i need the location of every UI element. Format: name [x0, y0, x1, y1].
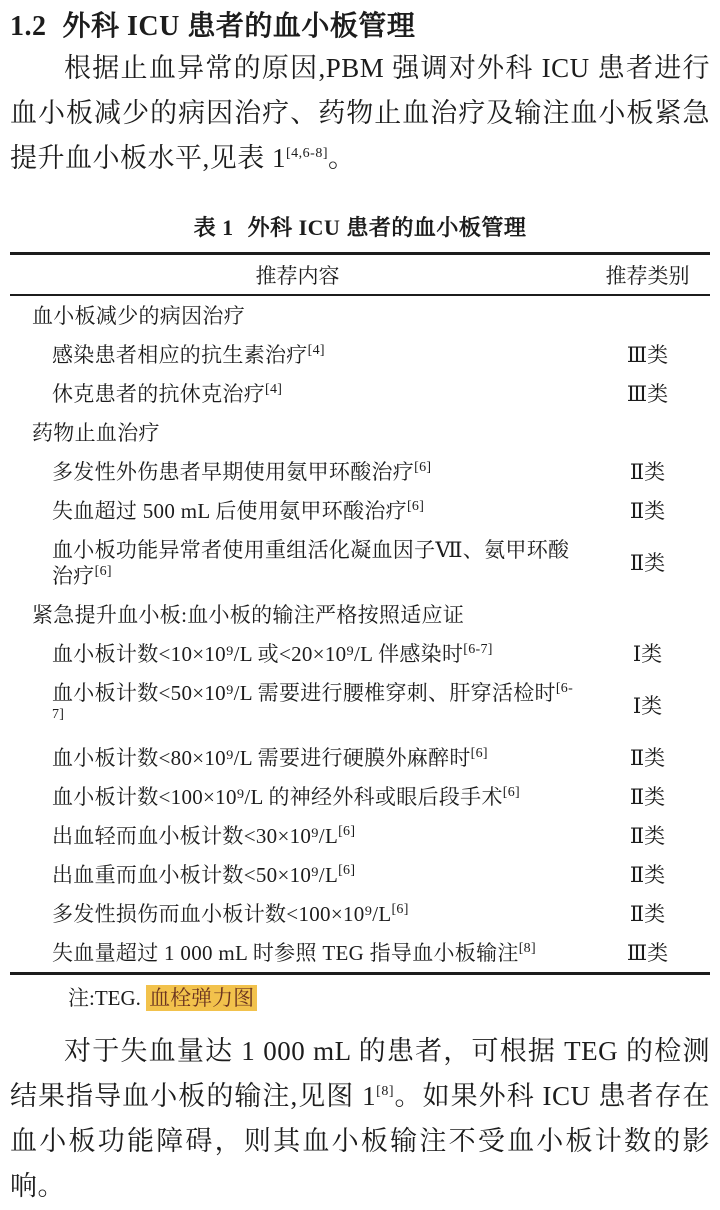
- highlight-annotation: 血栓弹力图: [146, 985, 257, 1011]
- row-text: 血小板计数<50×10⁹/L 需要进行腰椎穿刺、肝穿活检时[6-7]: [10, 680, 585, 732]
- row-category: Ⅲ类: [585, 342, 710, 368]
- table-section-row: 血小板减少的病因治疗: [10, 296, 710, 335]
- row-text: 失血量超过 1 000 mL 时参照 TEG 指导血小板输注[8]: [10, 940, 585, 966]
- row-text: 出血重而血小板计数<50×10⁹/L[6]: [10, 862, 585, 888]
- row-text: 血小板计数<100×10⁹/L 的神经外科或眼后段手术[6]: [10, 784, 585, 810]
- row-category: Ⅲ类: [585, 381, 710, 407]
- table-section-row: 药物止血治疗: [10, 413, 710, 452]
- citation-marker: [6]: [338, 863, 355, 878]
- table-row: 血小板功能异常者使用重组活化凝血因子Ⅶ、氨甲环酸治疗[6] Ⅱ类: [10, 530, 710, 595]
- row-category: Ⅰ类: [585, 641, 710, 667]
- row-text: 多发性外伤患者早期使用氨甲环酸治疗[6]: [10, 459, 585, 485]
- row-text: 感染患者相应的抗生素治疗[4]: [10, 342, 585, 368]
- row-category: Ⅱ类: [585, 823, 710, 849]
- document-page: 1.2外科 ICU 患者的血小板管理 根据止血异常的原因,PBM 强调对外科 I…: [0, 0, 720, 1209]
- citation-marker: [6]: [391, 902, 408, 917]
- table-row: 血小板计数<50×10⁹/L 需要进行腰椎穿刺、肝穿活检时[6-7] Ⅰ类: [10, 673, 710, 738]
- row-category: [585, 420, 710, 446]
- row-text: 失血超过 500 mL 后使用氨甲环酸治疗[6]: [10, 498, 585, 524]
- table-note: 注:TEG. 血栓弹力图: [10, 983, 710, 1013]
- section-title: 外科 ICU 患者的血小板管理: [63, 11, 416, 42]
- citation-marker: [6]: [407, 499, 424, 514]
- citation-marker: [6]: [414, 460, 431, 475]
- row-text: 休克患者的抗休克治疗[4]: [10, 381, 585, 407]
- row-text: 血小板计数<80×10⁹/L 需要进行硬膜外麻醉时[6]: [10, 745, 585, 771]
- row-category: Ⅱ类: [585, 862, 710, 888]
- citation-marker: [4]: [308, 343, 325, 358]
- column-header-content: 推荐内容: [10, 260, 585, 290]
- discussion-paragraph: 对于失血量达 1 000 mL 的患者，可根据 TEG 的检测结果指导血小板的输…: [10, 1029, 710, 1209]
- table-caption: 表 1外科 ICU 患者的血小板管理: [10, 211, 710, 242]
- row-category: Ⅱ类: [585, 537, 710, 589]
- row-category: [585, 602, 710, 628]
- table-section-row: 紧急提升血小板:血小板的输注严格按照适应证: [10, 595, 710, 634]
- table-row: 血小板计数<100×10⁹/L 的神经外科或眼后段手术[6] Ⅱ类: [10, 777, 710, 816]
- row-category: Ⅱ类: [585, 459, 710, 485]
- row-text: 血小板计数<10×10⁹/L 或<20×10⁹/L 伴感染时[6-7]: [10, 641, 585, 667]
- citation-marker: [4,6-8]: [286, 146, 328, 161]
- citation-marker: [8]: [519, 941, 536, 956]
- citation-marker: [6-7]: [463, 642, 493, 657]
- recommendations-table: 推荐内容 推荐类别 血小板减少的病因治疗 感染患者相应的抗生素治疗[4] Ⅲ类 …: [10, 252, 710, 975]
- citation-marker: [4]: [265, 382, 282, 397]
- row-text: 药物止血治疗: [10, 420, 585, 446]
- table-row: 血小板计数<10×10⁹/L 或<20×10⁹/L 伴感染时[6-7] Ⅰ类: [10, 634, 710, 673]
- table-row: 多发性损伤而血小板计数<100×10⁹/L[6] Ⅱ类: [10, 894, 710, 933]
- row-text: 紧急提升血小板:血小板的输注严格按照适应证: [10, 602, 585, 628]
- row-category: Ⅰ类: [585, 680, 710, 732]
- row-text: 多发性损伤而血小板计数<100×10⁹/L[6]: [10, 901, 585, 927]
- table-row: 多发性外伤患者早期使用氨甲环酸治疗[6] Ⅱ类: [10, 452, 710, 491]
- section-heading: 1.2外科 ICU 患者的血小板管理: [10, 8, 710, 46]
- table-row: 休克患者的抗休克治疗[4] Ⅲ类: [10, 374, 710, 413]
- table-row: 感染患者相应的抗生素治疗[4] Ⅲ类: [10, 335, 710, 374]
- row-category: Ⅱ类: [585, 901, 710, 927]
- row-category: Ⅲ类: [585, 940, 710, 966]
- table-caption-label: 表 1: [194, 215, 234, 240]
- table-row: 失血超过 500 mL 后使用氨甲环酸治疗[6] Ⅱ类: [10, 491, 710, 530]
- table-row: 血小板计数<80×10⁹/L 需要进行硬膜外麻醉时[6] Ⅱ类: [10, 738, 710, 777]
- table-row: 出血轻而血小板计数<30×10⁹/L[6] Ⅱ类: [10, 816, 710, 855]
- intro-paragraph-text: 根据止血异常的原因,PBM 强调对外科 ICU 患者进行血小板减少的病因治疗、药…: [10, 53, 710, 173]
- table-header-row: 推荐内容 推荐类别: [10, 255, 710, 296]
- table-1: 表 1外科 ICU 患者的血小板管理 推荐内容 推荐类别 血小板减少的病因治疗 …: [10, 211, 710, 1013]
- table-caption-text: 外科 ICU 患者的血小板管理: [248, 215, 527, 240]
- row-text: 出血轻而血小板计数<30×10⁹/L[6]: [10, 823, 585, 849]
- citation-marker: [6]: [95, 564, 112, 579]
- row-category: [585, 303, 710, 329]
- row-text: 血小板功能异常者使用重组活化凝血因子Ⅶ、氨甲环酸治疗[6]: [10, 537, 585, 589]
- table-note-label: 注:TEG.: [68, 986, 146, 1010]
- table-row: 失血量超过 1 000 mL 时参照 TEG 指导血小板输注[8] Ⅲ类: [10, 933, 710, 972]
- citation-marker: [6]: [503, 785, 520, 800]
- section-number: 1.2: [10, 11, 47, 42]
- column-header-category: 推荐类别: [585, 260, 710, 290]
- citation-marker: [6]: [338, 824, 355, 839]
- intro-paragraph: 根据止血异常的原因,PBM 强调对外科 ICU 患者进行血小板减少的病因治疗、药…: [10, 46, 710, 181]
- row-category: Ⅱ类: [585, 745, 710, 771]
- table-row: 出血重而血小板计数<50×10⁹/L[6] Ⅱ类: [10, 855, 710, 894]
- intro-paragraph-end: 。: [328, 143, 356, 173]
- citation-marker: [8]: [376, 1084, 394, 1099]
- row-category: Ⅱ类: [585, 784, 710, 810]
- citation-marker: [6]: [471, 746, 488, 761]
- row-category: Ⅱ类: [585, 498, 710, 524]
- row-text: 血小板减少的病因治疗: [10, 303, 585, 329]
